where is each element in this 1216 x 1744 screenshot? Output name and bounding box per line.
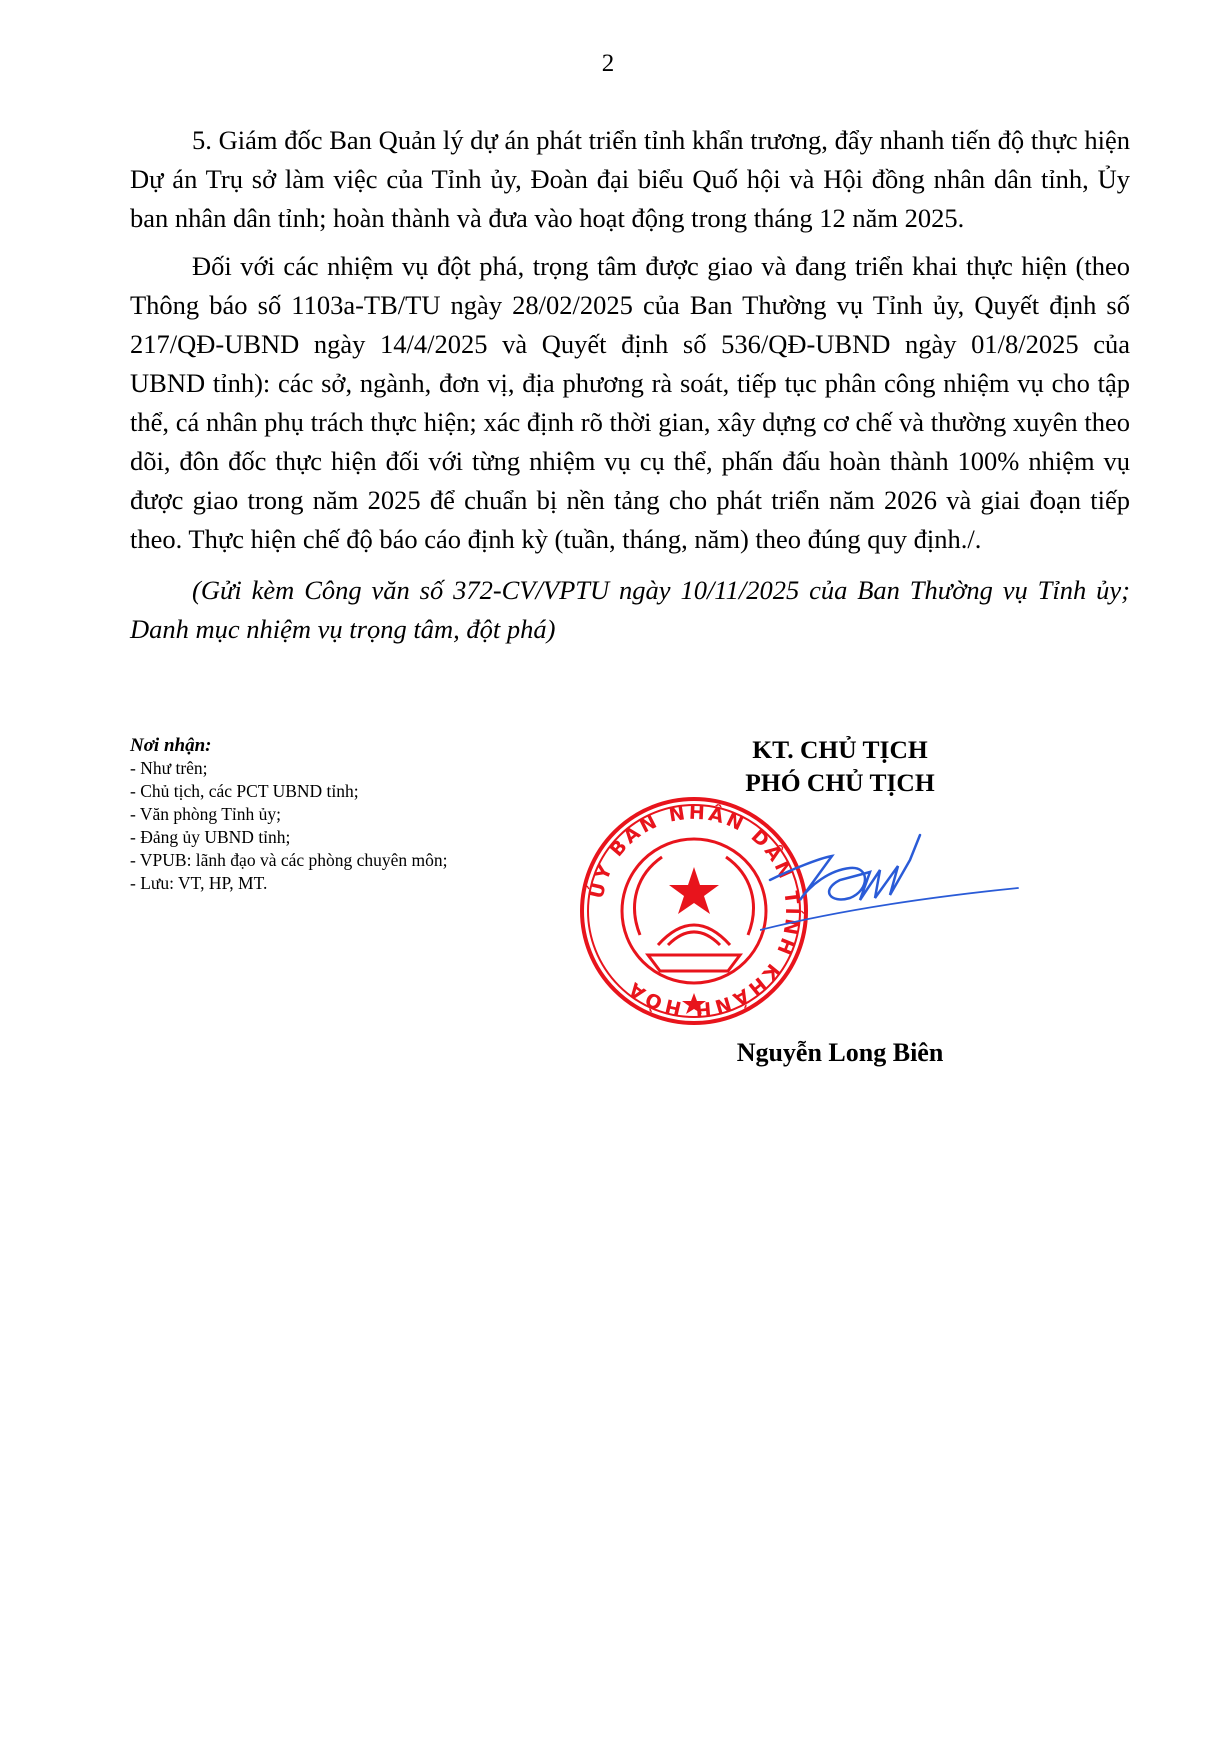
recipient-item: - Như trên; [130,757,448,780]
signature-title: KT. CHỦ TỊCH PHÓ CHỦ TỊCH [640,733,1040,799]
recipient-item: - Lưu: VT, HP, MT. [130,872,448,895]
page-number: 2 [0,50,1216,78]
signer-name: Nguyễn Long Biên [640,1038,1040,1068]
signature-title-line1: KT. CHỦ TỊCH [640,733,1040,766]
recipients-block: Nơi nhận: - Như trên; - Chủ tịch, các PC… [130,734,448,895]
recipients-heading: Nơi nhận: [130,734,448,757]
recipient-item: - Chủ tịch, các PCT UBND tỉnh; [130,780,448,803]
document-body: 5. Giám đốc Ban Quản lý dự án phát triển… [130,121,1130,649]
recipient-item: - VPUB: lãnh đạo và các phòng chuyên môn… [130,849,448,872]
recipient-item: - Đảng ủy UBND tỉnh; [130,826,448,849]
handwritten-signature-icon [760,830,1020,940]
attachment-note: (Gửi kèm Công văn số 372-CV/VPTU ngày 10… [130,571,1130,649]
paragraph-breakthrough-tasks: Đối với các nhiệm vụ đột phá, trọng tâm … [130,247,1130,559]
paragraph-item-5: 5. Giám đốc Ban Quản lý dự án phát triển… [130,121,1130,238]
recipient-item: - Văn phòng Tỉnh ủy; [130,803,448,826]
